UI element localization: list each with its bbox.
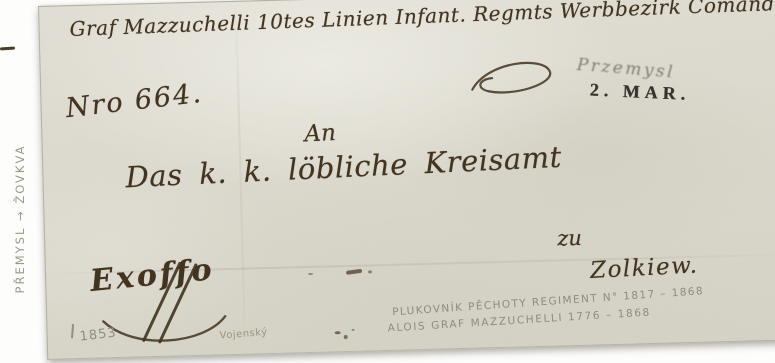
address-preposition: zu — [557, 228, 582, 250]
folded-letter: Graf Mazzuchelli 10tes Linien Infant. Re… — [38, 0, 775, 360]
pencil-route-note: PŘEMYSL → ŽOVKVA — [13, 135, 27, 303]
docket-regiment-line: Graf Mazzuchelli 10tes Linien Infant. Re… — [69, 0, 775, 39]
letter-photo: PŘEMYSL → ŽOVKVA Graf Mazzuchelli 10tes … — [0, 0, 775, 363]
pencil-year: 1853 — [79, 326, 117, 343]
address-town: Zolkiew. — [590, 254, 699, 283]
address-salutation: An — [304, 122, 336, 146]
postmark: Przemysl 2. MAR. — [575, 59, 691, 103]
postmark-date: 2. MAR. — [589, 81, 690, 103]
ink-mark — [0, 46, 15, 50]
address-recipient: Das k. k. löbliche Kreisamt — [125, 143, 562, 193]
ink-smudge — [308, 269, 378, 277]
docket-number: Nro 664. — [64, 80, 204, 122]
pencil-note: Vojenský — [219, 328, 268, 342]
pencil-tick-mark — [71, 324, 74, 338]
ink-flourish — [457, 53, 568, 106]
ink-specks — [335, 329, 361, 342]
